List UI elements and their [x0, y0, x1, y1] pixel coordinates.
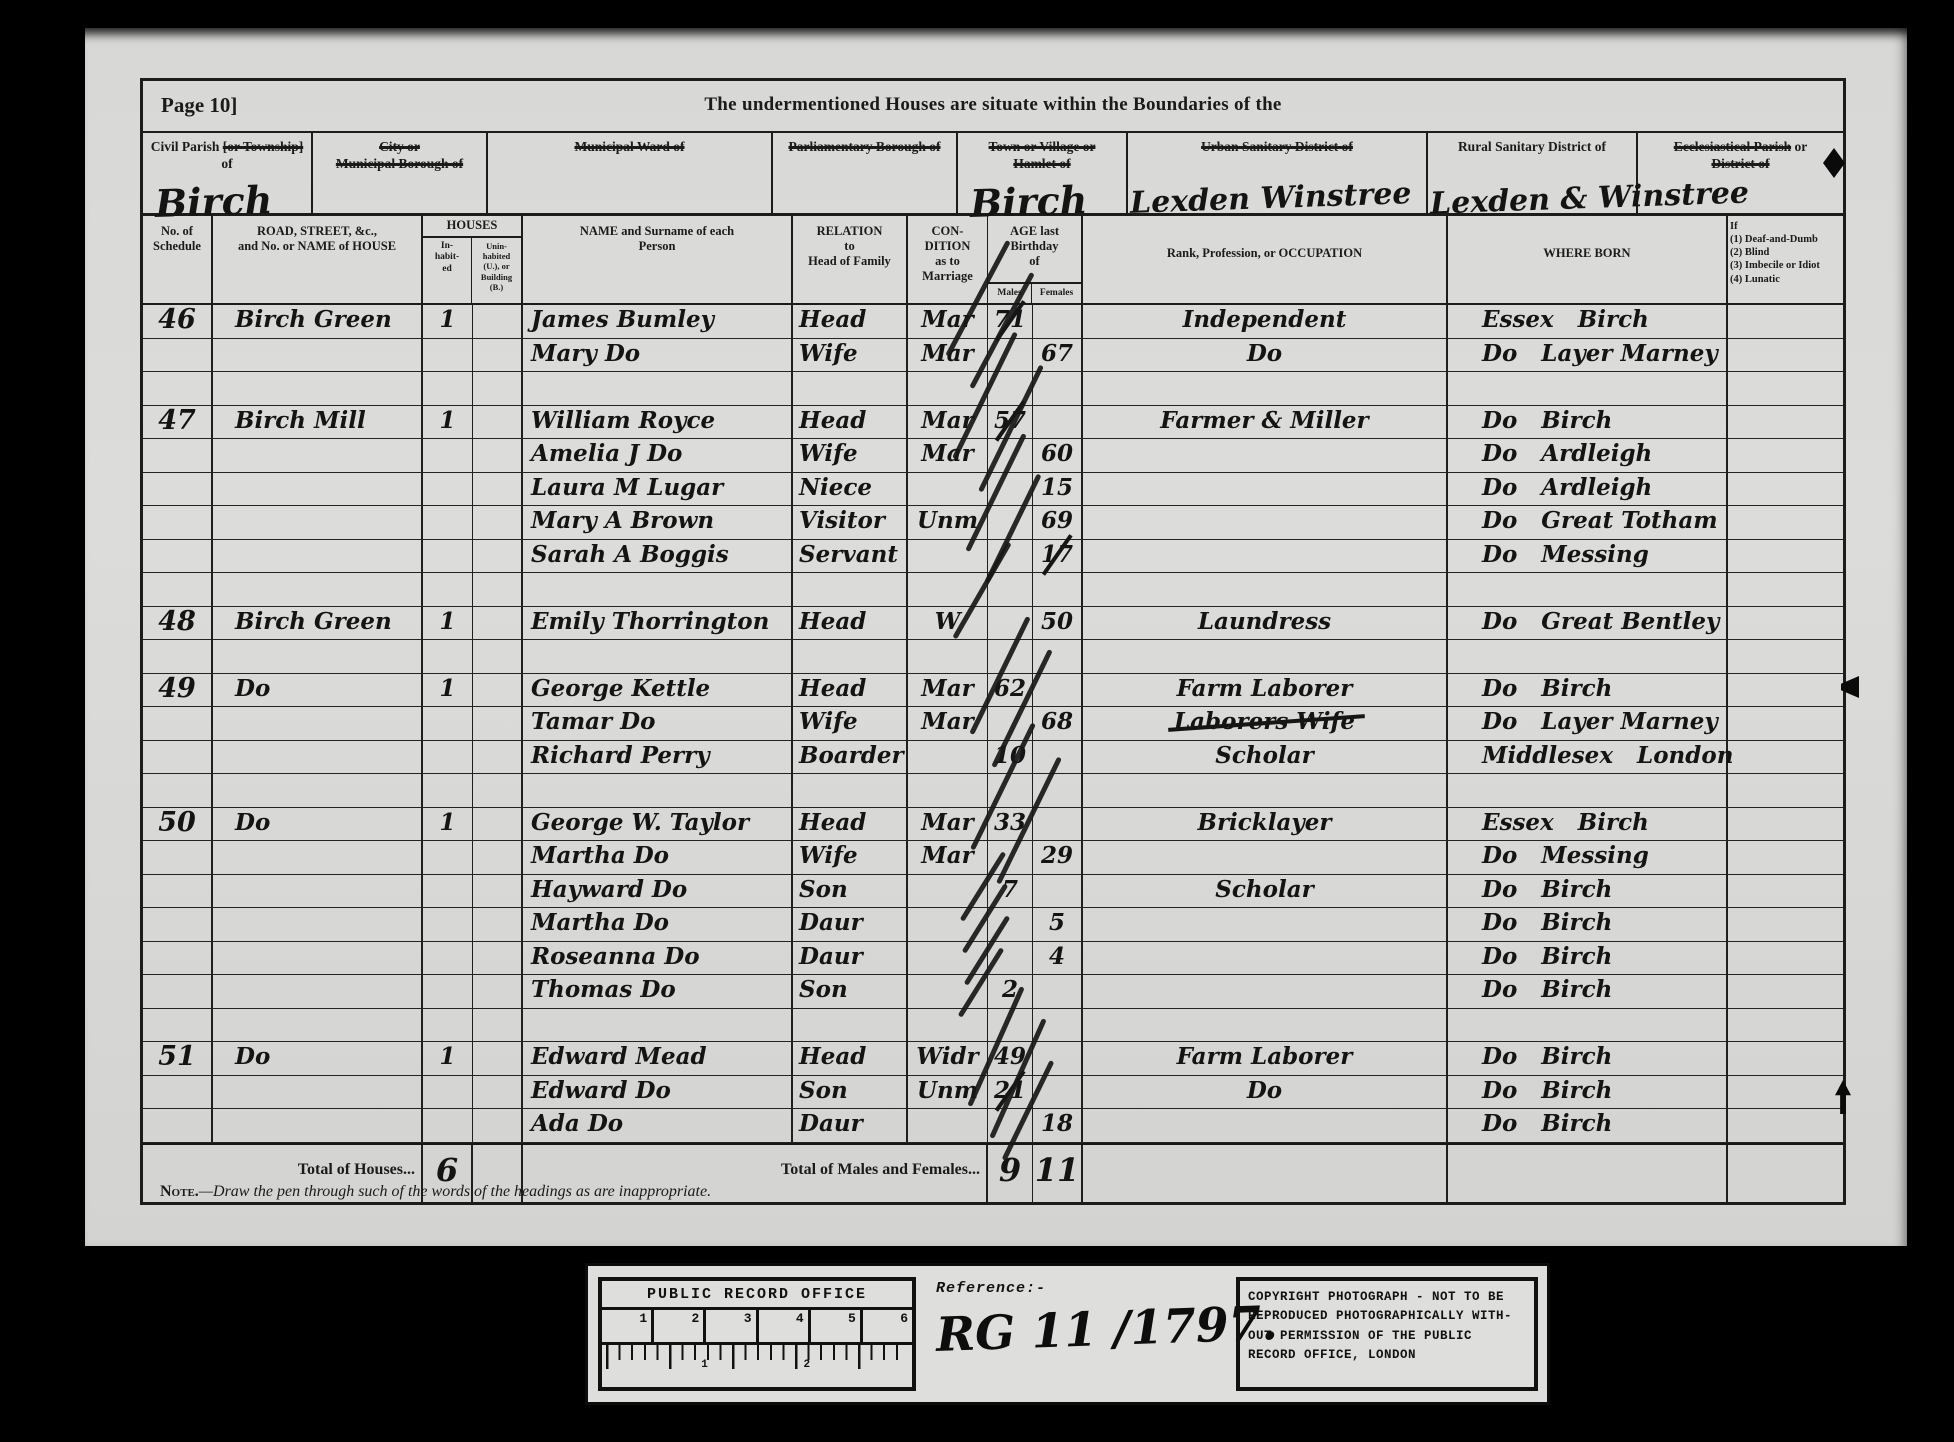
table-cell — [1033, 573, 1083, 606]
table-cell: Head — [793, 607, 908, 640]
table-cell — [1728, 841, 1843, 874]
table-cell: Wife — [793, 339, 908, 372]
table-cell: Do Ardleigh — [1448, 473, 1728, 506]
table-cell: Head — [793, 305, 908, 338]
scale-inch-box: 6 — [863, 1310, 912, 1342]
table-cell — [1083, 640, 1448, 673]
table-cell: Do Ardleigh — [1448, 439, 1728, 472]
table-cell — [143, 908, 213, 941]
district-cell: Civil Parish [or Township] ofBirch — [143, 133, 313, 213]
table-cell: 50 — [143, 808, 213, 841]
table-cell: Daur — [793, 908, 908, 941]
table-cell: Head — [793, 808, 908, 841]
table-cell — [143, 473, 213, 506]
table-cell — [1728, 540, 1843, 573]
table-cell: Sarah A Boggis — [523, 540, 793, 573]
table-cell: Farm Laborer — [1083, 674, 1448, 707]
table-cell — [1033, 808, 1083, 841]
header-road: ROAD, STREET, &c., and No. or NAME of HO… — [213, 216, 423, 303]
table-cell — [423, 540, 473, 573]
table-cell — [213, 875, 423, 908]
table-cell — [143, 372, 213, 405]
table-cell: Do Messing — [1448, 841, 1728, 874]
table-cell — [143, 1076, 213, 1109]
table-cell: Wife — [793, 841, 908, 874]
table-cell — [473, 1009, 523, 1042]
table-cell — [423, 1009, 473, 1042]
table-cell — [1728, 875, 1843, 908]
table-cell — [213, 774, 423, 807]
table-cell: William Royce — [523, 406, 793, 439]
table-cell: Do — [213, 1042, 423, 1075]
table-cell: Boarder — [793, 741, 908, 774]
table-cell — [473, 607, 523, 640]
totals-spacer — [1448, 1145, 1728, 1202]
header-where-born: WHERE BORN — [1448, 216, 1728, 303]
table-cell — [213, 372, 423, 405]
table-cell: Emily Thorrington — [523, 607, 793, 640]
district-cell: Parliamentary Borough of — [773, 133, 958, 213]
table-cell: 2 — [988, 975, 1033, 1008]
table-cell — [1728, 339, 1843, 372]
ruler-label-2: 2 — [804, 1359, 811, 1371]
table-cell — [523, 573, 793, 606]
table-cell: Birch Green — [213, 607, 423, 640]
table-cell — [423, 942, 473, 975]
table-cell: Tamar Do — [523, 707, 793, 740]
table-cell — [1728, 975, 1843, 1008]
table-cell — [523, 372, 793, 405]
table-cell: Do Layer Marney — [1448, 707, 1728, 740]
table-cell — [1448, 372, 1728, 405]
table-cell: Do Birch — [1448, 1109, 1728, 1142]
table-cell — [213, 1076, 423, 1109]
table-cell — [1728, 908, 1843, 941]
table-cell — [473, 372, 523, 405]
table-cell: Do Birch — [1448, 406, 1728, 439]
table-cell: Visitor — [793, 506, 908, 539]
table-cell: Do Messing — [1448, 540, 1728, 573]
footnote-text: —Draw the pen through such of the words … — [199, 1183, 711, 1200]
table-cell — [213, 1009, 423, 1042]
table-cell — [473, 1109, 523, 1142]
table-cell — [143, 439, 213, 472]
table-cell: Niece — [793, 473, 908, 506]
table-cell — [143, 942, 213, 975]
table-cell — [1728, 372, 1843, 405]
table-cell — [1728, 774, 1843, 807]
header-condition: CON- DITION as to Marriage — [908, 216, 988, 303]
table-cell — [143, 975, 213, 1008]
table-cell — [473, 707, 523, 740]
table-cell — [213, 339, 423, 372]
header-schedule: No. of Schedule — [143, 216, 213, 303]
table-cell — [1083, 439, 1448, 472]
table-cell — [143, 339, 213, 372]
scale-inch-box: 1 — [602, 1310, 654, 1342]
page-title: The undermentioned Houses are situate wi… — [143, 94, 1843, 116]
table-cell — [1728, 473, 1843, 506]
table-cell: Do Birch — [1448, 674, 1728, 707]
district-cell: Urban Sanitary District ofLexden Winstre… — [1128, 133, 1428, 213]
table-cell: Essex Birch — [1448, 305, 1728, 338]
table-cell: Mary Do — [523, 339, 793, 372]
table-cell — [213, 1109, 423, 1142]
table-cell: Laundress — [1083, 607, 1448, 640]
table-cell — [423, 875, 473, 908]
table-cell — [423, 975, 473, 1008]
column-header-row: No. of Schedule ROAD, STREET, &c., and N… — [143, 216, 1843, 305]
scale-inch-box: 2 — [654, 1310, 706, 1342]
table-cell — [473, 640, 523, 673]
totals-spacer — [1083, 1145, 1448, 1202]
district-label: Rural Sanitary District of — [1432, 139, 1632, 156]
table-cell — [793, 640, 908, 673]
table-cell: Daur — [793, 1109, 908, 1142]
table-cell: Ada Do — [523, 1109, 793, 1142]
table-cell — [793, 372, 908, 405]
table-cell — [473, 942, 523, 975]
table-row: 47Birch Mill1William RoyceHeadMar57Farme… — [143, 406, 1843, 440]
table-row — [143, 1009, 1843, 1043]
table-cell: Do Birch — [1448, 942, 1728, 975]
table-cell: Do Birch — [1448, 908, 1728, 941]
table-cell: Scholar — [1083, 741, 1448, 774]
table-cell — [1083, 540, 1448, 573]
scale-inch-box: 4 — [759, 1310, 811, 1342]
census-sheet: Page 10] The undermentioned Houses are s… — [140, 78, 1846, 1205]
table-cell — [473, 808, 523, 841]
header-inhabited: In- habit- ed — [423, 238, 472, 303]
table-cell — [143, 707, 213, 740]
district-handwritten-value: Birch — [969, 175, 1088, 227]
table-cell — [1083, 774, 1448, 807]
pro-scale-ruler: 1 2 — [602, 1345, 912, 1385]
table-cell — [988, 573, 1033, 606]
table-cell — [423, 506, 473, 539]
table-cell — [423, 640, 473, 673]
table-cell: Bricklayer — [1083, 808, 1448, 841]
table-cell: Amelia J Do — [523, 439, 793, 472]
table-cell — [473, 774, 523, 807]
table-cell: Independent — [1083, 305, 1448, 338]
reference-label: Reference:- — [936, 1280, 1221, 1297]
table-cell: Essex Birch — [1448, 808, 1728, 841]
table-cell — [1083, 841, 1448, 874]
reference-block: Reference:- RG 11 /1797. — [936, 1280, 1221, 1358]
table-cell — [143, 741, 213, 774]
table-cell: Son — [793, 875, 908, 908]
table-cell — [523, 1009, 793, 1042]
table-cell: Son — [793, 975, 908, 1008]
table-cell — [473, 875, 523, 908]
table-cell — [213, 942, 423, 975]
header-uninhabited: Unin- habited (U.), or Building (B.) — [472, 238, 521, 303]
table-cell — [1033, 305, 1083, 338]
table-cell — [1728, 640, 1843, 673]
district-label: Civil Parish [or Township] of — [147, 139, 307, 173]
table-row — [143, 573, 1843, 607]
table-cell — [908, 774, 988, 807]
table-cell — [1083, 942, 1448, 975]
table-cell — [143, 1009, 213, 1042]
table-cell: Widr — [908, 1042, 988, 1075]
table-cell — [908, 1109, 988, 1142]
table-cell: Do Great Totham — [1448, 506, 1728, 539]
footnote: Note.—Draw the pen through such of the w… — [160, 1183, 711, 1201]
table-cell — [473, 506, 523, 539]
table-cell: 49 — [143, 674, 213, 707]
table-cell — [1728, 808, 1843, 841]
table-cell: Laborers Wife — [1083, 707, 1448, 740]
header-infirmity: If (1) Deaf-and-Dumb (2) Blind (3) Imbec… — [1728, 216, 1843, 303]
pro-scale-inches: 123456 — [602, 1307, 912, 1345]
table-cell — [473, 305, 523, 338]
table-cell — [473, 975, 523, 1008]
table-row: Mary A BrownVisitorUnm69Do Great Totham — [143, 506, 1843, 540]
table-cell: 1 — [423, 607, 473, 640]
table-cell — [793, 774, 908, 807]
table-cell: 4 — [1033, 942, 1083, 975]
table-cell — [1728, 607, 1843, 640]
table-cell — [143, 540, 213, 573]
table-cell — [473, 1042, 523, 1075]
table-cell — [908, 540, 988, 573]
table-cell: W — [908, 607, 988, 640]
table-cell: 18 — [1033, 1109, 1083, 1142]
table-cell — [1033, 372, 1083, 405]
table-cell — [423, 707, 473, 740]
table-cell — [523, 640, 793, 673]
table-cell — [423, 741, 473, 774]
district-label: Town or Village or Hamlet of — [962, 139, 1122, 173]
table-cell — [908, 640, 988, 673]
table-cell — [1728, 506, 1843, 539]
header-name: NAME and Surname of each Person — [523, 216, 793, 303]
table-cell — [213, 841, 423, 874]
table-cell — [423, 573, 473, 606]
table-cell — [213, 540, 423, 573]
header-houses-group: HOUSES In- habit- ed Unin- habited (U.),… — [423, 216, 523, 303]
table-cell: 68 — [1033, 707, 1083, 740]
table-cell — [143, 875, 213, 908]
table-cell: Head — [793, 406, 908, 439]
table-cell: Do Birch — [1448, 975, 1728, 1008]
table-cell — [1033, 406, 1083, 439]
table-cell — [423, 473, 473, 506]
table-cell: 17 — [1033, 540, 1083, 573]
table-cell — [143, 1109, 213, 1142]
table-cell — [423, 774, 473, 807]
table-cell — [1033, 674, 1083, 707]
census-page-paper: Page 10] The undermentioned Houses are s… — [85, 28, 1907, 1246]
table-cell — [473, 573, 523, 606]
table-cell — [1083, 1109, 1448, 1142]
table-cell: 1 — [423, 1042, 473, 1075]
table-cell — [213, 439, 423, 472]
table-row: Richard PerryBoarder10ScholarMiddlesex L… — [143, 741, 1843, 775]
table-cell: 1 — [423, 674, 473, 707]
table-cell — [213, 707, 423, 740]
table-cell — [213, 908, 423, 941]
table-cell: Do — [213, 808, 423, 841]
title-row: Page 10] The undermentioned Houses are s… — [143, 81, 1843, 133]
table-cell — [473, 674, 523, 707]
table-cell: 48 — [143, 607, 213, 640]
table-cell — [1083, 975, 1448, 1008]
table-cell — [793, 573, 908, 606]
table-cell: Do Birch — [1448, 1076, 1728, 1109]
table-cell — [473, 1076, 523, 1109]
table-cell — [473, 540, 523, 573]
table-cell — [143, 774, 213, 807]
table-cell — [423, 339, 473, 372]
header-females: Females — [1032, 284, 1081, 303]
table-row: 48Birch Green1Emily ThorringtonHeadW50La… — [143, 607, 1843, 641]
table-cell — [1728, 741, 1843, 774]
total-females-value: 11 — [1033, 1145, 1083, 1202]
table-cell: Edward Do — [523, 1076, 793, 1109]
header-age-group: AGE last Birthday of Males Females — [988, 216, 1083, 303]
table-cell — [423, 908, 473, 941]
pro-scale-box: PUBLIC RECORD OFFICE 123456 1 2 — [598, 1277, 916, 1391]
table-cell — [143, 640, 213, 673]
table-cell — [1033, 1042, 1083, 1075]
table-cell: Do — [213, 674, 423, 707]
reference-number: RG 11 /1797. — [935, 1298, 1222, 1363]
table-cell — [423, 439, 473, 472]
table-cell — [1728, 305, 1843, 338]
table-cell: Mar — [908, 674, 988, 707]
table-cell: Mar — [908, 305, 988, 338]
table-cell: Roseanna Do — [523, 942, 793, 975]
table-cell: Daur — [793, 942, 908, 975]
table-cell — [213, 741, 423, 774]
table-cell: Son — [793, 1076, 908, 1109]
district-handwritten-value: Birch — [154, 175, 273, 227]
table-cell — [1728, 1109, 1843, 1142]
table-cell — [1728, 406, 1843, 439]
table-cell — [423, 1076, 473, 1109]
district-label: Municipal Ward of — [492, 139, 767, 156]
district-label: City or Municipal Borough of — [317, 139, 482, 173]
table-cell: Do Layer Marney — [1448, 339, 1728, 372]
header-occupation: Rank, Profession, or OCCUPATION — [1083, 216, 1448, 303]
table-cell: 29 — [1033, 841, 1083, 874]
table-cell — [1448, 573, 1728, 606]
table-cell — [1083, 506, 1448, 539]
table-cell: Scholar — [1083, 875, 1448, 908]
table-cell: Servant — [793, 540, 908, 573]
table-cell: Mar — [908, 439, 988, 472]
table-cell — [213, 473, 423, 506]
table-cell: Wife — [793, 707, 908, 740]
census-photograph: { "page": { "page_label": "Page 10]", "t… — [0, 0, 1954, 1442]
footnote-tag: Note. — [160, 1183, 199, 1200]
table-cell: Martha Do — [523, 841, 793, 874]
table-cell — [1083, 908, 1448, 941]
table-cell: 60 — [1033, 439, 1083, 472]
table-cell: Birch Green — [213, 305, 423, 338]
table-cell: Thomas Do — [523, 975, 793, 1008]
table-cell: 51 — [143, 1042, 213, 1075]
table-cell — [473, 741, 523, 774]
table-cell — [473, 908, 523, 941]
table-cell — [1083, 473, 1448, 506]
table-cell: 5 — [1033, 908, 1083, 941]
ruler-label-1: 1 — [701, 1359, 708, 1371]
header-houses: HOUSES — [423, 216, 521, 238]
district-cell: City or Municipal Borough of — [313, 133, 488, 213]
header-relation: RELATION to Head of Family — [793, 216, 908, 303]
table-cell: Wife — [793, 439, 908, 472]
table-cell — [1728, 439, 1843, 472]
table-cell: 47 — [143, 406, 213, 439]
table-cell — [1728, 1042, 1843, 1075]
table-cell: Do Birch — [1448, 875, 1728, 908]
table-cell — [793, 1009, 908, 1042]
table-row: Thomas DoSon2Do Birch — [143, 975, 1843, 1009]
totals-spacer — [1728, 1145, 1843, 1202]
table-cell — [1728, 1009, 1843, 1042]
district-label: Parliamentary Borough of — [777, 139, 952, 156]
table-cell — [213, 506, 423, 539]
table-cell: Head — [793, 674, 908, 707]
table-cell — [473, 473, 523, 506]
table-cell: Do — [1083, 339, 1448, 372]
table-cell — [473, 841, 523, 874]
table-cell — [1448, 774, 1728, 807]
district-cell: Rural Sanitary District ofLexden & Winst… — [1428, 133, 1638, 213]
table-cell — [1448, 640, 1728, 673]
table-cell: 1 — [423, 406, 473, 439]
table-cell — [473, 339, 523, 372]
table-cell — [1728, 942, 1843, 975]
table-cell: Hayward Do — [523, 875, 793, 908]
district-handwritten-value: Lexden Winstree — [1129, 175, 1412, 222]
table-cell — [1033, 875, 1083, 908]
table-cell — [1728, 573, 1843, 606]
district-header-band: Civil Parish [or Township] ofBirchCity o… — [143, 133, 1843, 216]
table-cell — [423, 841, 473, 874]
table-cell: 1 — [423, 305, 473, 338]
ruler-major-ticks — [606, 1345, 908, 1369]
table-cell: Edward Mead — [523, 1042, 793, 1075]
table-cell — [908, 741, 988, 774]
table-cell — [423, 1109, 473, 1142]
table-cell: James Bumley — [523, 305, 793, 338]
table-cell — [423, 372, 473, 405]
table-cell — [143, 573, 213, 606]
district-label: Urban Sanitary District of — [1132, 139, 1422, 156]
table-cell — [473, 439, 523, 472]
table-cell — [213, 573, 423, 606]
table-cell: Farmer & Miller — [1083, 406, 1448, 439]
table-cell: Martha Do — [523, 908, 793, 941]
table-cell: Do Great Bentley — [1448, 607, 1728, 640]
district-cell: Municipal Ward of — [488, 133, 773, 213]
table-cell — [143, 841, 213, 874]
table-cell: 1 — [423, 808, 473, 841]
table-cell — [1083, 1009, 1448, 1042]
table-cell: Head — [793, 1042, 908, 1075]
table-cell — [473, 406, 523, 439]
table-cell: Laura M Lugar — [523, 473, 793, 506]
table-cell — [213, 640, 423, 673]
table-cell — [1083, 573, 1448, 606]
table-cell — [1728, 674, 1843, 707]
scale-inch-box: 3 — [706, 1310, 758, 1342]
